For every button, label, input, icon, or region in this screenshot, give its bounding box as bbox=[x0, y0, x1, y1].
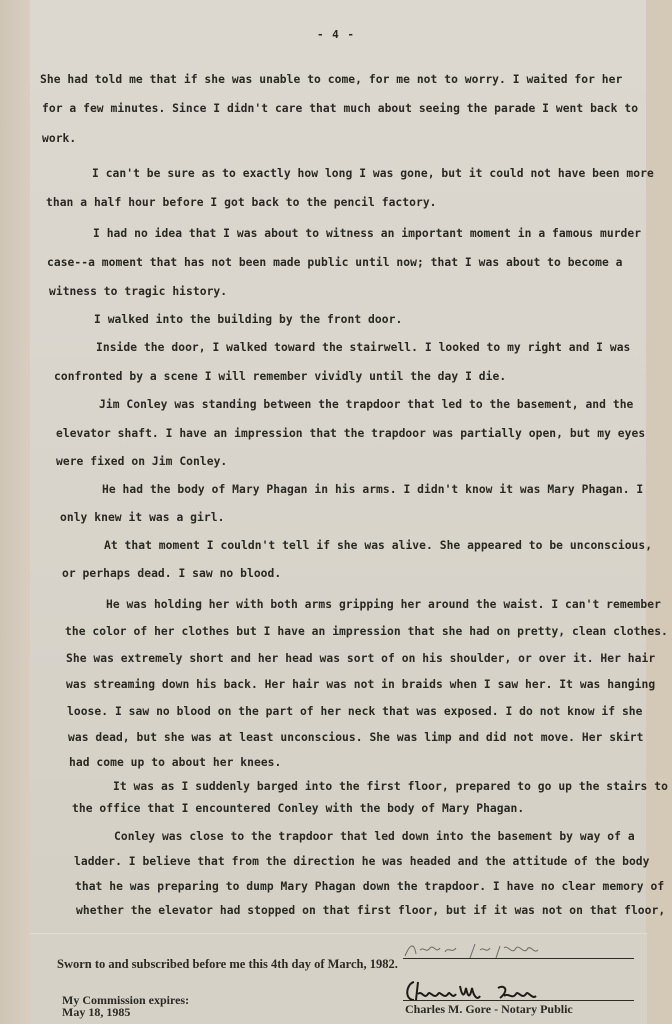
text-line: At that moment I couldn't tell if she wa… bbox=[104, 539, 652, 552]
scan-background-right bbox=[646, 0, 672, 1024]
text-line: were fixed on Jim Conley. bbox=[56, 455, 227, 468]
text-line: elevator shaft. I have an impression tha… bbox=[56, 427, 645, 440]
scan-margin-left bbox=[0, 0, 32, 1024]
text-line: case--a moment that has not been made pu… bbox=[47, 256, 623, 269]
text-line: He had the body of Mary Phagan in his ar… bbox=[102, 483, 643, 496]
text-line: for a few minutes. Since I didn't care t… bbox=[42, 102, 638, 115]
text-line: the color of her clothes but I have an i… bbox=[65, 625, 668, 638]
text-line: had come up to about her knees. bbox=[69, 756, 281, 769]
text-line: only knew it was a girl. bbox=[60, 511, 224, 524]
text-line: that he was preparing to dump Mary Phaga… bbox=[75, 880, 664, 893]
text-line: was streaming down his back. Her hair wa… bbox=[66, 678, 655, 691]
text-line: He was holding her with both arms grippi… bbox=[106, 598, 661, 611]
text-line: loose. I saw no blood on the part of her… bbox=[67, 705, 643, 718]
notary-name: Charles M. Gore - Notary Public bbox=[405, 1002, 573, 1017]
text-line: witness to tragic history. bbox=[49, 285, 227, 298]
text-line: ladder. I believe that from the directio… bbox=[74, 855, 650, 868]
text-line: It was as I suddenly barged into the fir… bbox=[113, 780, 668, 793]
affiant-signature-line bbox=[403, 958, 634, 959]
text-line: or perhaps dead. I saw no blood. bbox=[62, 567, 281, 580]
text-line: was dead, but she was at least unconscio… bbox=[68, 731, 644, 744]
text-line: confronted by a scene I will remember vi… bbox=[54, 370, 506, 383]
text-line: than a half hour before I got back to th… bbox=[46, 196, 437, 209]
page-number: - 4 - bbox=[0, 28, 672, 41]
text-line: I walked into the building by the front … bbox=[94, 313, 402, 326]
text-line: whether the elevator had stopped on that… bbox=[76, 904, 665, 917]
text-line: Inside the door, I walked toward the sta… bbox=[96, 341, 630, 354]
sworn-statement: Sworn to and subscribed before me this 4… bbox=[57, 957, 398, 972]
text-line: She had told me that if she was unable t… bbox=[40, 73, 622, 86]
notary-signature-line bbox=[403, 1000, 634, 1001]
text-line: Jim Conley was standing between the trap… bbox=[99, 398, 633, 411]
text-line: I had no idea that I was about to witnes… bbox=[93, 227, 641, 240]
text-line: work. bbox=[42, 132, 76, 145]
text-line: I can't be sure as to exactly how long I… bbox=[92, 167, 654, 180]
commission-date: May 18, 1985 bbox=[62, 1006, 130, 1018]
text-line: Conley was close to the trapdoor that le… bbox=[114, 830, 635, 843]
text-line: the office that I encountered Conley wit… bbox=[72, 802, 524, 815]
text-line: She was extremely short and her head was… bbox=[66, 652, 655, 665]
